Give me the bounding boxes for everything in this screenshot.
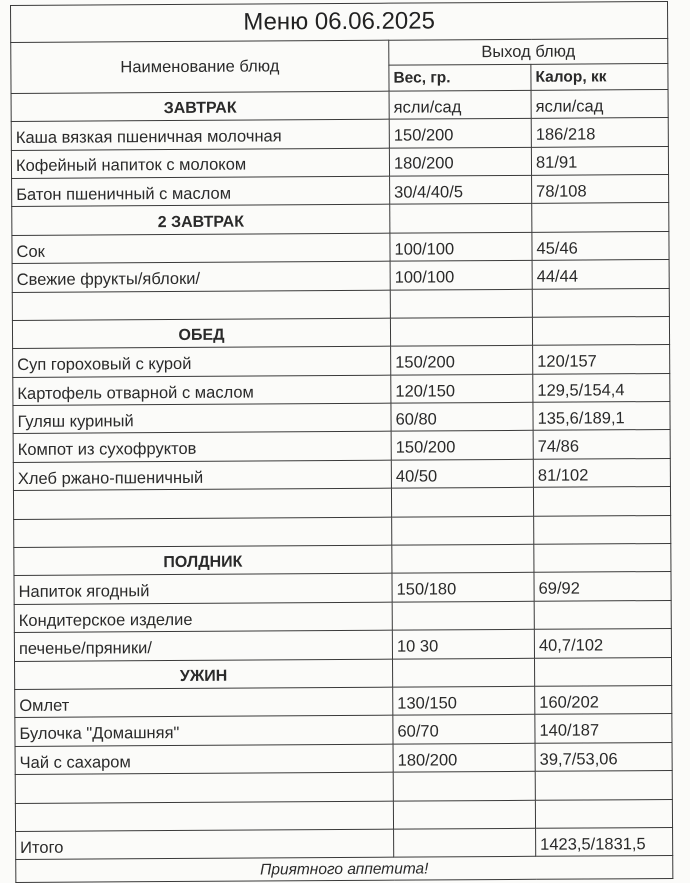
dish-weight (393, 771, 535, 800)
dish-calories: 135,6/189,1 (533, 402, 670, 431)
dish-weight: 10 30 (392, 630, 534, 659)
dish-weight: 100/100 (390, 232, 532, 261)
section-row: ОБЕД (12, 316, 669, 348)
dish-weight (390, 317, 532, 346)
dish-calories (534, 515, 671, 544)
header-row: Наименование блюд Выход блюд (11, 38, 668, 67)
dish-weight: 130/150 (393, 686, 535, 715)
table-row: Свежие фрукты/яблоки/100/10044/44 (12, 260, 669, 292)
dish-name: Хлеб ржано-пшеничный (13, 460, 391, 491)
table-row: Омлет130/150160/202 (15, 685, 672, 717)
dish-weight: 60/70 (393, 715, 535, 744)
dish-name: печенье/пряники/ (14, 630, 392, 661)
dish-name: Каша вязкая пшеничная молочная (11, 119, 389, 150)
section-title: ОБЕД (12, 318, 390, 349)
table-row: Картофель отварной с маслом120/150129,5/… (13, 373, 670, 405)
dish-weight (391, 488, 533, 517)
dish-calories: 186/218 (531, 118, 668, 147)
dish-name (13, 488, 391, 519)
table-row (15, 771, 672, 800)
dish-calories (534, 600, 671, 629)
table-row: Напиток ягодный150/18069/92 (14, 572, 671, 604)
section-title: ПОЛДНИК (14, 545, 392, 576)
table-row: Гуляш куриный60/80135,6/189,1 (13, 402, 670, 434)
dish-weight (392, 516, 534, 545)
dish-name (14, 517, 392, 548)
dish-name: Гуляш куриный (13, 403, 391, 434)
table-row (14, 515, 671, 547)
name-column-header: Наименование блюд (11, 40, 389, 93)
dish-calories: 78/108 (532, 174, 669, 203)
page-title: Меню 06.06.2025 (11, 1, 668, 42)
output-column-header: Выход блюд (389, 38, 668, 65)
dish-calories (534, 544, 671, 573)
dish-name: Батон пшеничный с маслом (12, 176, 390, 207)
dish-calories: 129,5/154,4 (533, 373, 670, 402)
table-row (12, 288, 669, 320)
dish-calories (535, 771, 672, 800)
table-row: Кондитерское изделие (14, 600, 671, 632)
menu-sheet: Меню 06.06.2025 Наименование блюд Выход … (10, 1, 672, 800)
section-row: ЗАВТРАКясли/садясли/сад (11, 89, 668, 121)
dish-name: Сок (12, 233, 390, 264)
table-row: Хлеб ржано-пшеничный40/5081/102 (13, 458, 670, 490)
dish-name: Чай с сахаром (15, 744, 393, 775)
dish-weight (390, 289, 532, 318)
dish-name: Суп гороховый с курой (13, 346, 391, 377)
dish-weight (393, 658, 535, 687)
dish-calories: 160/202 (535, 685, 672, 714)
dish-name (15, 772, 393, 800)
dish-weight: 180/200 (389, 147, 531, 176)
dish-name: Картофель отварной с маслом (13, 375, 391, 406)
dish-calories: 44/44 (532, 260, 669, 289)
dish-calories: 81/91 (531, 146, 668, 175)
dish-calories: 45/46 (532, 231, 669, 260)
dish-name: Кондитерское изделие (14, 602, 392, 633)
dish-weight: 180/200 (393, 743, 535, 772)
table-row: Каша вязкая пшеничная молочная150/200186… (11, 118, 668, 150)
section-row: 2 ЗАВТРАК (12, 203, 669, 235)
dish-weight (392, 601, 534, 630)
title-row: Меню 06.06.2025 (11, 1, 668, 42)
table-row: Суп гороховый с курой150/200120/157 (13, 345, 670, 377)
table-row: Батон пшеничный с маслом30/4/40/578/108 (12, 174, 669, 206)
dish-name: Компот из сухофруктов (13, 432, 391, 463)
menu-table: Меню 06.06.2025 Наименование блюд Выход … (10, 1, 673, 800)
dish-weight: 30/4/40/5 (390, 175, 532, 204)
dish-calories: 120/157 (533, 345, 670, 374)
dish-calories (534, 657, 671, 686)
table-row: Чай с сахаром180/20039,7/53,06 (15, 742, 672, 774)
dish-calories: 39,7/53,06 (535, 742, 672, 771)
dish-calories: 40,7/102 (534, 629, 671, 658)
dish-calories: 74/86 (533, 430, 670, 459)
dish-calories (532, 288, 669, 317)
table-row: Булочка "Домашняя"60/70140/187 (15, 714, 672, 746)
weight-column-header: Вес, гр. (389, 65, 531, 91)
table-row: Сок100/10045/46 (12, 231, 669, 263)
dish-weight (392, 544, 534, 573)
section-row: УЖИН (15, 657, 672, 689)
dish-name (12, 290, 390, 321)
section-title: 2 ЗАВТРАК (12, 205, 390, 236)
dish-weight: ясли/сад (389, 90, 531, 119)
dish-name: Омлет (15, 687, 393, 718)
calories-column-header: Калор, кк (531, 64, 668, 90)
dish-weight: 60/80 (391, 402, 533, 431)
table-row: печенье/пряники/10 3040,7/102 (14, 629, 671, 661)
dish-weight: 150/200 (391, 346, 533, 375)
dish-name: Булочка "Домашняя" (15, 716, 393, 747)
dish-calories: 81/102 (533, 458, 670, 487)
section-row: ПОЛДНИК (14, 544, 671, 576)
dish-weight: 40/50 (391, 459, 533, 488)
dish-calories: 69/92 (534, 572, 671, 601)
dish-calories: ясли/сад (531, 89, 668, 118)
dish-weight (390, 204, 532, 233)
table-row: Кофейный напиток с молоком180/20081/91 (11, 146, 668, 178)
dish-name: Напиток ягодный (14, 574, 392, 605)
dish-calories (533, 487, 670, 516)
section-title: ЗАВТРАК (11, 91, 389, 122)
dish-weight: 150/200 (389, 118, 531, 147)
table-row: Компот из сухофруктов150/20074/86 (13, 430, 670, 462)
dish-weight: 120/150 (391, 374, 533, 403)
table-row (13, 487, 670, 519)
dish-name: Свежие фрукты/яблоки/ (12, 261, 390, 292)
dish-weight: 150/200 (391, 431, 533, 460)
dish-name: Кофейный напиток с молоком (11, 148, 389, 179)
dish-calories: 140/187 (535, 714, 672, 743)
section-title: УЖИН (15, 659, 393, 690)
dish-calories (532, 316, 669, 345)
dish-calories (532, 203, 669, 232)
dish-weight: 100/100 (390, 260, 532, 289)
dish-weight: 150/180 (392, 573, 534, 602)
